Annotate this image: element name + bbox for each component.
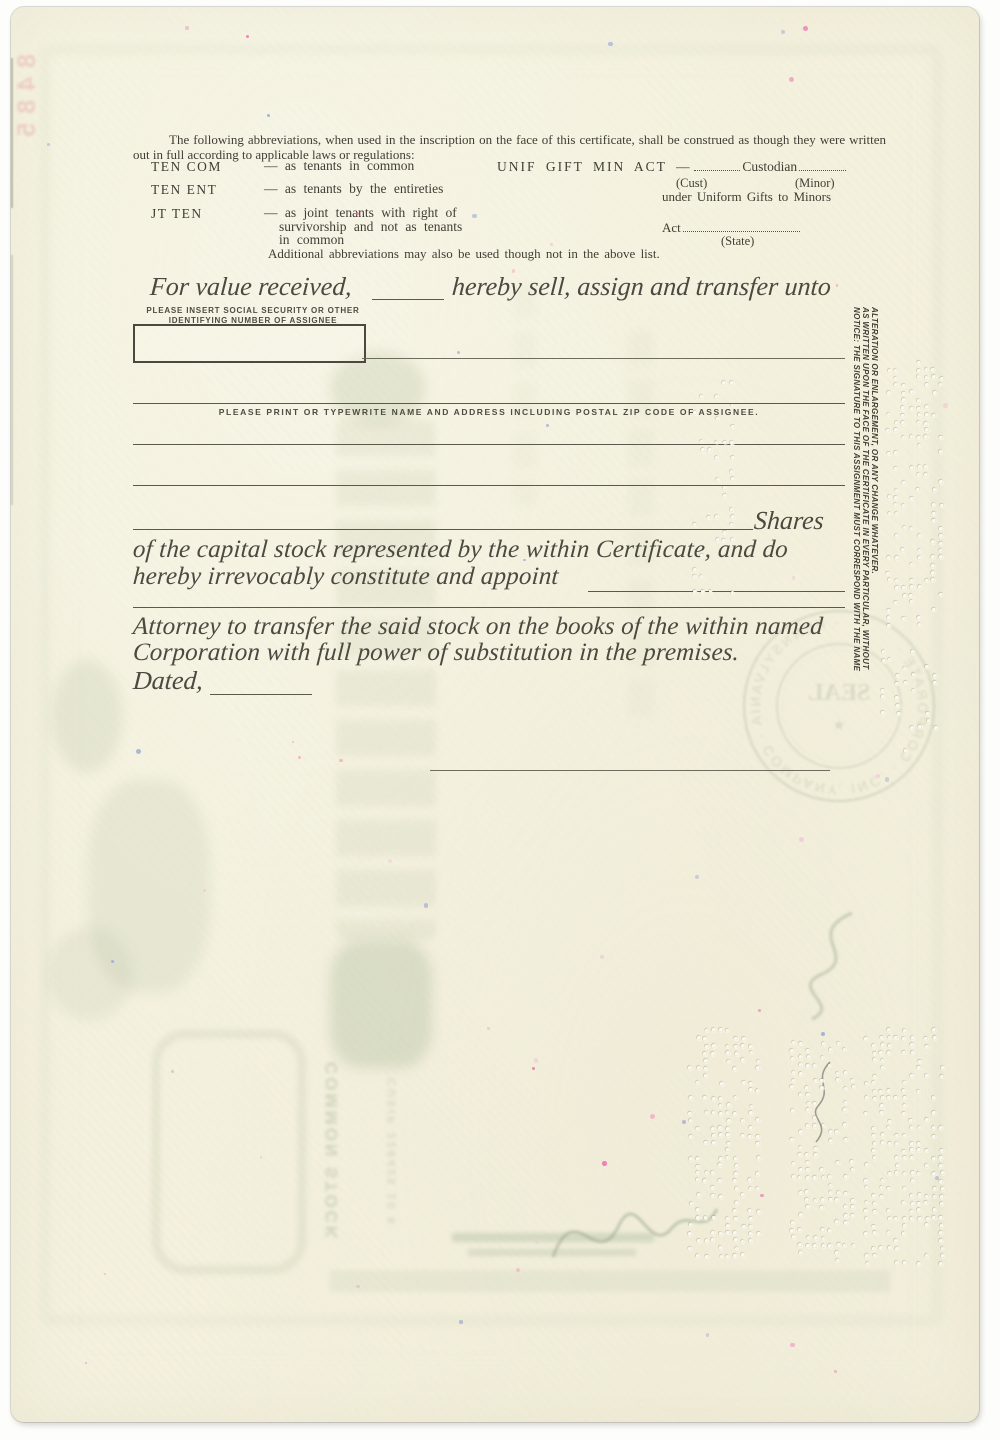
punch-dot: [873, 1097, 877, 1101]
punch-dot: [837, 1191, 841, 1195]
unif-gift-min-act-row: UNIF GIFT MIN ACT — Custodian: [497, 159, 848, 175]
abbreviation-term: TEN COM: [151, 159, 222, 175]
punch-dot: [873, 1254, 877, 1258]
abbreviation-term: JT TEN: [151, 206, 203, 222]
abbreviation-definition: — as joint tenants with right of survivo…: [264, 206, 462, 247]
punch-dot: [821, 1056, 825, 1060]
punch-dot: [911, 1036, 915, 1040]
punch-dot: [813, 1176, 817, 1180]
punch-dot: [879, 1246, 883, 1250]
punch-dot: [918, 413, 922, 417]
punch-dot: [798, 1153, 802, 1157]
punch-dot: [933, 681, 937, 685]
dated-script: Dated,: [132, 666, 204, 696]
punch-dot: [731, 515, 735, 519]
punch-dot: [894, 428, 898, 432]
punch-dot: [895, 696, 899, 700]
punch-dot: [917, 369, 921, 373]
punch-dot: [799, 1130, 803, 1134]
fiber-speckle: [339, 759, 342, 762]
punch-dot: [887, 556, 891, 560]
punch-dot: [910, 585, 914, 589]
punch-dot: [917, 407, 921, 411]
punch-dot: [799, 1251, 803, 1255]
punch-dot: [873, 1052, 877, 1056]
punch-dot: [881, 1043, 885, 1047]
punch-dot: [798, 1228, 802, 1232]
punch-dot: [864, 1037, 868, 1041]
punch-dot: [917, 361, 921, 365]
punch-dot: [939, 480, 943, 484]
punch-dot: [719, 1112, 723, 1116]
punch-dot: [697, 1239, 701, 1243]
dated-fill-line: [210, 694, 312, 695]
punch-dot: [941, 1066, 945, 1070]
punch-dot: [756, 1118, 760, 1122]
punch-dot: [844, 1221, 848, 1225]
punch-dot: [790, 1049, 794, 1053]
fiber-speckle: [534, 1058, 538, 1062]
punch-dot: [888, 369, 892, 373]
fiber-speckle: [512, 269, 516, 273]
punch-dot: [749, 1088, 753, 1092]
punch-dot: [805, 1190, 809, 1194]
punch-dot: [820, 1168, 824, 1172]
punch-dot: [864, 1112, 868, 1116]
punch-dot: [887, 1096, 891, 1100]
punch-dot: [895, 1171, 899, 1175]
punch-dot: [731, 456, 735, 460]
punch-dot: [939, 1164, 943, 1168]
punch-dot: [881, 1141, 885, 1145]
punch-dot: [895, 1142, 899, 1146]
punch-dot: [924, 1037, 928, 1041]
punch-dot: [925, 1074, 929, 1078]
punch-dot: [931, 540, 935, 544]
punch-dot: [704, 1059, 708, 1063]
punch-dot: [864, 1209, 868, 1213]
punch-dot: [910, 466, 914, 470]
fiber-speckle: [356, 1285, 359, 1288]
punch-dot: [918, 585, 922, 589]
punch-dot: [894, 1096, 898, 1100]
punch-dot: [693, 568, 697, 572]
punch-dot: [726, 1051, 730, 1055]
punch-dot: [828, 1244, 832, 1248]
punch-dot: [925, 1164, 929, 1168]
punch-dot: [799, 1055, 803, 1059]
punch-dot: [756, 1135, 760, 1139]
punch-dot: [918, 556, 922, 560]
punch-dot: [910, 390, 914, 394]
punch-dot: [881, 689, 885, 693]
punch-dot: [703, 1179, 707, 1183]
punch-dot: [925, 1045, 929, 1049]
punch-dot: [910, 1043, 914, 1047]
punch-dot: [872, 1134, 876, 1138]
punch-dot: [940, 504, 944, 508]
punch-dot: [882, 659, 886, 663]
punch-dot: [813, 1116, 817, 1120]
punch-dot: [894, 601, 898, 605]
punch-dot: [932, 1126, 936, 1130]
punch-dot: [888, 1142, 892, 1146]
punch-dot: [940, 1195, 944, 1199]
writing-line: [133, 607, 845, 608]
punch-dot: [806, 1108, 810, 1112]
print-name-instruction: PLEASE PRINT OR TYPEWRITE NAME AND ADDRE…: [133, 407, 845, 417]
punch-dot: [864, 1179, 868, 1183]
punch-dot: [872, 1225, 876, 1229]
punch-dot: [741, 1058, 745, 1062]
punch-dot: [716, 417, 720, 421]
punch-dot: [696, 1216, 700, 1220]
punch-dot: [719, 1097, 723, 1101]
punch-dot: [911, 1179, 915, 1183]
dotted-leader: [694, 159, 741, 171]
punch-dot: [918, 534, 922, 538]
punch-dot: [733, 1254, 737, 1258]
punch-dot: [741, 1134, 745, 1138]
punch-dot: [939, 1216, 943, 1220]
punch-dot: [693, 590, 697, 594]
punch-dot: [730, 508, 734, 512]
punch-dot: [933, 674, 937, 678]
punch-dot: [910, 1217, 914, 1221]
punch-dot: [722, 539, 726, 543]
punch-dot: [805, 1198, 809, 1202]
punch-dot: [939, 1262, 943, 1266]
punch-dot: [902, 481, 906, 485]
punch-dot: [894, 451, 898, 455]
punch-dot: [903, 1217, 907, 1221]
punch-dot: [924, 473, 928, 477]
punch-dot: [910, 407, 914, 411]
punch-dot: [844, 1138, 848, 1142]
punch-dot: [939, 534, 943, 538]
punch-dot: [902, 1037, 906, 1041]
punch-dot: [712, 1044, 716, 1048]
punch-dot: [872, 1194, 876, 1198]
appoint-fill-line: [588, 591, 845, 592]
punch-dot: [835, 1198, 839, 1202]
punch-dot: [909, 594, 913, 598]
punch-dot: [734, 1217, 738, 1221]
punch-dot: [791, 1221, 795, 1225]
punch-dot: [887, 452, 891, 456]
punch-dot: [726, 1224, 730, 1228]
punch-dot: [828, 1229, 832, 1233]
punch-dot: [888, 1172, 892, 1176]
fiber-speckle: [388, 859, 392, 863]
punch-dot: [757, 1210, 761, 1214]
punch-dot: [925, 1195, 929, 1199]
punch-dot: [748, 1178, 752, 1182]
punch-dot: [940, 1075, 944, 1079]
uniform-gifts-note: under Uniform Gifts to Minors: [662, 189, 831, 205]
punch-dot: [931, 578, 935, 582]
fill-in-line: [372, 299, 444, 300]
punch-dot: [726, 1127, 730, 1131]
punch-dot: [879, 1090, 883, 1094]
fiber-speckle: [600, 955, 604, 959]
punch-dot: [901, 548, 905, 552]
punch-dot: [829, 1130, 833, 1134]
punch-dot: [749, 1126, 753, 1130]
punch-dot: [881, 711, 885, 715]
punch-dot: [708, 448, 712, 452]
punch-dot: [712, 1141, 716, 1145]
punch-dot: [931, 571, 935, 575]
fiber-speckle: [834, 1370, 836, 1372]
punch-dot: [733, 1231, 737, 1235]
punch-dot: [704, 1216, 708, 1220]
punch-dot: [939, 1231, 943, 1235]
punch-dot: [873, 1075, 877, 1079]
abbreviation-term: TEN ENT: [151, 182, 217, 198]
punch-dot: [941, 1187, 945, 1191]
punch-dot: [722, 381, 726, 385]
writing-line: [362, 358, 845, 359]
punch-dot: [799, 1072, 803, 1076]
punch-dot: [911, 1171, 915, 1175]
punch-dot: [872, 1044, 876, 1048]
abbreviation-definition: — as tenants in common: [264, 159, 414, 173]
punch-dot: [711, 1238, 715, 1242]
punch-dot: [791, 1109, 795, 1113]
punch-dot: [909, 1119, 913, 1123]
fiber-speckle: [546, 424, 549, 427]
punch-dot: [805, 1086, 809, 1090]
punch-dot: [852, 1085, 856, 1089]
punch-dot: [939, 1156, 943, 1160]
punch-dot: [813, 1244, 817, 1248]
punch-dot: [918, 465, 922, 469]
fiber-speckle: [836, 284, 839, 287]
punch-dot: [918, 1217, 922, 1221]
punch-dot: [806, 1205, 810, 1209]
punch-dot: [843, 1108, 847, 1112]
punch-dot: [799, 1213, 803, 1217]
punch-dot: [734, 1045, 738, 1049]
punch-dot: [711, 1231, 715, 1235]
punch-dot: [799, 1093, 803, 1097]
fiber-speckle: [943, 403, 947, 407]
shares-script: Shares: [753, 506, 825, 536]
punch-dot: [910, 1148, 914, 1152]
punch-dot: [925, 665, 929, 669]
punch-dot: [806, 1168, 810, 1172]
fiber-speckle: [246, 35, 249, 38]
punch-dot: [821, 1228, 825, 1232]
punch-dot: [917, 1208, 921, 1212]
punch-dot: [814, 1236, 818, 1240]
punch-dot: [835, 1130, 839, 1134]
punch-dot: [733, 1067, 737, 1071]
punch-dot: [719, 1157, 723, 1161]
punch-dot: [887, 1028, 891, 1032]
punch-dot: [924, 465, 928, 469]
punch-dot: [917, 1142, 921, 1146]
punch-dot: [925, 405, 929, 409]
dotted-leader: [799, 159, 846, 171]
punch-dot: [888, 578, 892, 582]
punch-dot: [932, 512, 936, 516]
punch-dot: [894, 383, 898, 387]
punch-dot: [932, 375, 936, 379]
punch-dot: [821, 1198, 825, 1202]
ssn-instruction: PLEASE INSERT SOCIAL SECURITY OR OTHER I…: [133, 306, 373, 325]
punch-dot: [917, 1148, 921, 1152]
punch-dot: [925, 1254, 929, 1258]
punch-dot: [715, 395, 719, 399]
punch-dot: [895, 682, 899, 686]
punch-dot: [799, 1168, 803, 1172]
punch-dot: [910, 1074, 914, 1078]
fiber-speckle: [298, 756, 301, 759]
punch-dot: [925, 376, 929, 380]
punch-dot: [916, 488, 920, 492]
punch-dot: [727, 1142, 731, 1146]
punch-dot: [925, 428, 929, 432]
punch-dot: [718, 1163, 722, 1167]
punch-dot: [805, 1153, 809, 1157]
punch-dot: [894, 1036, 898, 1040]
punch-dot: [932, 608, 936, 612]
punch-dot: [939, 1239, 943, 1243]
punch-dot: [730, 381, 734, 385]
punch-dot: [735, 1164, 739, 1168]
punch-dot: [719, 1133, 723, 1137]
punch-dot: [705, 1045, 709, 1049]
punch-dot: [910, 1142, 914, 1146]
punch-dot: [910, 1156, 914, 1160]
punch-dot: [881, 1096, 885, 1100]
punch-dot: [690, 1202, 694, 1206]
unif-gift-label: UNIF GIFT MIN ACT —: [497, 159, 692, 175]
punch-dot: [865, 1163, 869, 1167]
punch-dot: [688, 1112, 692, 1116]
punch-dot: [934, 726, 938, 730]
writing-line: [133, 529, 753, 530]
punch-dot: [941, 1171, 945, 1175]
punch-dot: [757, 1232, 761, 1236]
punch-dot: [881, 1133, 885, 1137]
punch-dot: [932, 1157, 936, 1161]
punch-dot: [726, 1133, 730, 1137]
substitution-script: Corporation with full power of substitut…: [132, 639, 740, 667]
punch-dot: [712, 1028, 716, 1032]
punch-dot: [756, 1066, 760, 1070]
punch-dot: [757, 1156, 761, 1160]
punch-dot: [910, 1194, 914, 1198]
punch-dot: [711, 1171, 715, 1175]
punch-dot: [895, 421, 899, 425]
punch-dot: [697, 1036, 701, 1040]
punch-dot: [888, 1120, 892, 1124]
punch-dot: [886, 572, 890, 576]
punch-dot: [903, 594, 907, 598]
punch-dot: [716, 538, 720, 542]
punch-dot: [696, 1127, 700, 1131]
punch-dot: [912, 673, 916, 677]
punch-dot: [689, 1096, 693, 1100]
fiber-speckle: [424, 903, 429, 908]
punch-dot: [918, 725, 922, 729]
punch-dot: [697, 1066, 701, 1070]
punch-dot: [925, 1223, 929, 1227]
punch-dot: [741, 1253, 745, 1257]
punch-dot: [748, 1209, 752, 1213]
punch-dot: [933, 391, 937, 395]
punch-dot: [887, 1089, 891, 1093]
constitute-appoint-script: hereby irrevocably constitute and appoin…: [132, 563, 560, 591]
punch-dot: [705, 1255, 709, 1259]
punch-dot: [806, 1161, 810, 1165]
punch-dot: [932, 1135, 936, 1139]
punch-dot: [704, 1141, 708, 1145]
punch-dot: [705, 1239, 709, 1243]
punch-dot: [741, 1044, 745, 1048]
punch-dot: [689, 1119, 693, 1123]
punch-dot: [851, 1214, 855, 1218]
punch-dot: [696, 1157, 700, 1161]
punch-dot: [718, 1126, 722, 1130]
punch-dot: [806, 1244, 810, 1248]
punch-dot: [924, 422, 928, 426]
punch-dot: [727, 1119, 731, 1123]
signature-line: [430, 770, 830, 771]
punch-dot: [888, 1246, 892, 1250]
punch-dot: [844, 1192, 848, 1196]
punch-dot: [689, 1223, 693, 1227]
punch-dot: [742, 1081, 746, 1085]
punch-dot: [822, 1042, 826, 1046]
punch-dot: [712, 1097, 716, 1101]
punch-dot: [939, 542, 943, 546]
punch-dot: [719, 1232, 723, 1236]
punch-dot: [701, 448, 705, 452]
punch-dot: [924, 435, 928, 439]
fiber-speckle: [935, 1176, 939, 1180]
punch-dot: [902, 1150, 906, 1154]
punch-dot: [887, 1051, 891, 1055]
punch-dot: [879, 1051, 883, 1055]
punch-dot: [813, 1124, 817, 1128]
punch-dot: [806, 1124, 810, 1128]
fiber-speckle: [185, 26, 189, 30]
punch-dot: [917, 616, 921, 620]
fiber-speckle: [650, 1114, 655, 1119]
punch-dot: [926, 1217, 930, 1221]
fiber-speckle: [876, 774, 880, 778]
for-value-received-script: For value received,: [149, 272, 353, 302]
act-label: Act: [662, 220, 681, 236]
attorney-script: Attorney to transfer the said stock on t…: [132, 613, 824, 641]
punch-dot: [903, 1096, 907, 1100]
punch-dot: [693, 411, 697, 415]
punch-dot: [886, 429, 890, 433]
punch-dot: [806, 1064, 810, 1068]
punch-dot: [719, 1195, 723, 1199]
punch-dot: [703, 1052, 707, 1056]
punch-dot: [703, 1037, 707, 1041]
punch-dot: [932, 1111, 936, 1115]
ssn-box: [133, 324, 366, 363]
punch-dot: [902, 1051, 906, 1055]
fiber-speckle: [260, 1156, 262, 1158]
punch-dot: [814, 1153, 818, 1157]
